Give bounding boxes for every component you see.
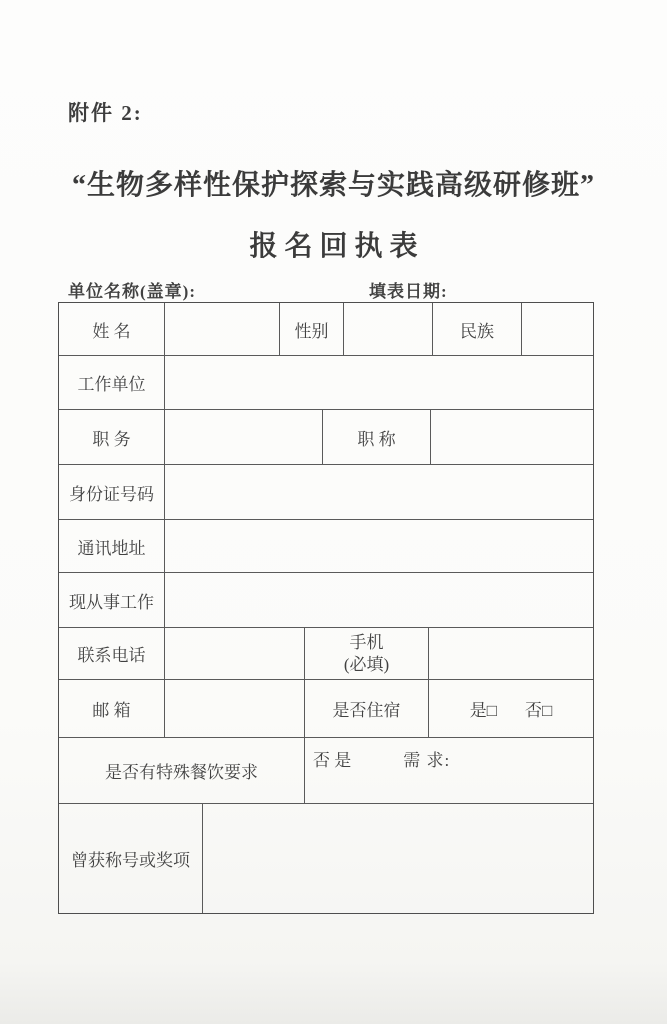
table-row-current-work: 现从事工作 — [59, 573, 593, 628]
mobile-label-line1: 手机 — [350, 632, 384, 653]
name-value-cell — [165, 303, 280, 355]
unit-name-label: 单位名称(盖章): — [68, 277, 196, 302]
form-meta-line: 单位名称(盖章): 填表日期: — [0, 277, 667, 301]
dietary-no-yes-options: 否 是 — [313, 746, 351, 771]
mobile-label: 手机 (必填) — [305, 628, 429, 679]
lodging-yes-checkbox: 是□ — [470, 696, 497, 721]
current-work-label: 现从事工作 — [59, 573, 165, 627]
table-row-email-lodging: 邮 箱 是否住宿 是□ 否□ — [59, 680, 593, 738]
attachment-label: 附件 2: — [68, 97, 143, 127]
gender-value-cell — [344, 303, 433, 355]
address-value-cell — [165, 520, 593, 572]
position-value-cell — [165, 410, 323, 464]
work-unit-value-cell — [165, 356, 593, 409]
id-number-label: 身份证号码 — [59, 465, 165, 519]
address-label: 通讯地址 — [59, 520, 165, 572]
name-label: 姓 名 — [59, 303, 165, 355]
lodging-no-checkbox: 否□ — [525, 696, 552, 721]
table-row-address: 通讯地址 — [59, 520, 593, 573]
mobile-value-cell — [429, 628, 593, 679]
email-value-cell — [165, 680, 305, 737]
current-work-value-cell — [165, 573, 593, 627]
table-row-position: 职 务 职 称 — [59, 410, 593, 465]
dietary-answer-cell: 否 是 需 求: — [305, 738, 593, 803]
scanned-document-page: 附件 2: “生物多样性保护探索与实践高级研修班” 报名回执表 单位名称(盖章)… — [0, 0, 667, 1024]
lodging-options-cell: 是□ 否□ — [429, 680, 593, 737]
table-row-awards: 曾获称号或奖项 — [59, 804, 593, 913]
id-number-value-cell — [165, 465, 593, 519]
gender-label: 性别 — [280, 303, 344, 355]
phone-value-cell — [165, 628, 305, 679]
awards-label: 曾获称号或奖项 — [59, 804, 203, 913]
table-row-name: 姓 名 性别 民族 — [59, 303, 593, 356]
job-title-value-cell — [431, 410, 593, 464]
job-title-label: 职 称 — [323, 410, 431, 464]
work-unit-label: 工作单位 — [59, 356, 165, 409]
table-row-id-number: 身份证号码 — [59, 465, 593, 520]
ethnicity-value-cell — [522, 303, 593, 355]
dietary-need-label: 需 求: — [403, 746, 450, 771]
lodging-label: 是否住宿 — [305, 680, 429, 737]
document-subtitle: 报名回执表 — [0, 224, 667, 264]
dietary-label: 是否有特殊餐饮要求 — [59, 738, 305, 803]
ethnicity-label: 民族 — [433, 303, 522, 355]
email-label: 邮 箱 — [59, 680, 165, 737]
table-row-phone: 联系电话 手机 (必填) — [59, 628, 593, 680]
mobile-label-line2: (必填) — [344, 654, 389, 675]
position-label: 职 务 — [59, 410, 165, 464]
phone-label: 联系电话 — [59, 628, 165, 679]
table-row-dietary: 是否有特殊餐饮要求 否 是 需 求: — [59, 738, 593, 804]
fill-date-label: 填表日期: — [369, 277, 448, 302]
awards-value-cell — [203, 804, 593, 913]
registration-table: 姓 名 性别 民族 工作单位 职 务 职 称 身份证号码 通讯地址 — [58, 302, 594, 914]
table-row-work-unit: 工作单位 — [59, 356, 593, 410]
document-title: “生物多样性保护探索与实践高级研修班” — [0, 163, 667, 203]
